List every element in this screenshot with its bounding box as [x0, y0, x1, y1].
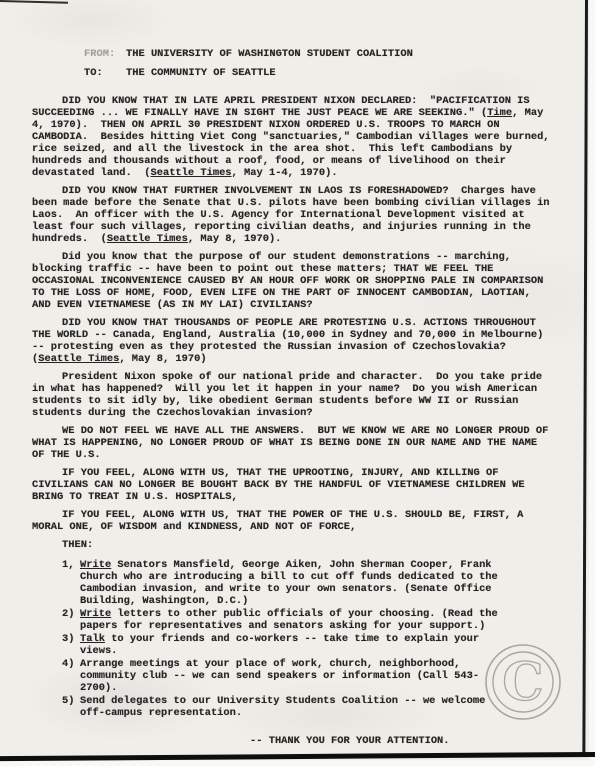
- underlined-text: Seattle Times: [38, 353, 119, 365]
- text-segment: , May 8, 1970): [119, 353, 206, 365]
- list-item-marker: 5): [62, 695, 80, 719]
- list-item-text: Arrange meetings at your place of work, …: [80, 658, 508, 694]
- underlined-text: Seattle Times: [150, 167, 231, 179]
- to-line: TO: THE COMMUNITY OF SEATTLE: [84, 64, 554, 83]
- text-segment: , May 1-4, 1970).: [232, 167, 338, 179]
- list-item-text: Write letters to other public officials …: [80, 608, 508, 632]
- underlined-text: Time: [487, 107, 512, 119]
- document-header: FROM: THE UNIVERSITY OF WASHINGTON STUDE…: [84, 45, 554, 83]
- copyright-stamp-watermark: C: [483, 642, 563, 722]
- closing-line: -- THANK YOU FOR YOUR ATTENTION.: [250, 735, 554, 747]
- paragraph: DID YOU KNOW THAT FURTHER INVOLVEMENT IN…: [32, 185, 554, 245]
- text-segment: to your friends and co-workers -- take t…: [80, 633, 485, 657]
- underlined-text: Write: [80, 608, 111, 620]
- list-item-marker: 3): [62, 633, 80, 657]
- scan-margin-right: [589, 0, 595, 766]
- copyright-c-icon: C: [483, 642, 563, 722]
- underlined-text: Write: [80, 559, 111, 571]
- text-segment: Send delegates to our University Student…: [80, 695, 492, 719]
- underlined-text: Talk: [80, 633, 105, 645]
- list-item-marker: 4): [62, 658, 80, 694]
- list-item: 4)Arrange meetings at your place of work…: [62, 658, 522, 694]
- then-label: THEN:: [32, 539, 554, 551]
- action-list: 1,Write Senators Mansfield, George Aiken…: [62, 559, 522, 719]
- list-item: 5)Send delegates to our University Stude…: [62, 695, 522, 719]
- list-item-marker: 1,: [62, 559, 80, 607]
- document-content: FROM: THE UNIVERSITY OF WASHINGTON STUDE…: [32, 45, 554, 747]
- from-label: FROM:: [84, 45, 126, 64]
- paragraph: IF YOU FEEL, ALONG WITH US, THAT THE UPR…: [32, 467, 554, 503]
- to-label: TO:: [84, 64, 126, 83]
- scan-margin-bottom: [0, 760, 595, 766]
- paragraph: President Nixon spoke of our national pr…: [32, 371, 554, 419]
- paragraph: Did you know that the purpose of our stu…: [32, 251, 554, 311]
- scan-edge-right: [582, 0, 588, 754]
- paragraph: DID YOU KNOW THAT THOUSANDS OF PEOPLE AR…: [32, 317, 554, 365]
- from-value: THE UNIVERSITY OF WASHINGTON STUDENT COA…: [126, 45, 413, 64]
- text-segment: letters to other public officials of you…: [80, 608, 504, 632]
- list-item: 2)Write letters to other public official…: [62, 608, 522, 632]
- scan-edge-top-left: [0, 0, 68, 4]
- list-item-marker: 2): [62, 608, 80, 632]
- text-segment: Did you know that the purpose of our stu…: [32, 251, 550, 311]
- text-segment: President Nixon spoke of our national pr…: [32, 371, 548, 419]
- list-item-text: Send delegates to our University Student…: [80, 695, 508, 719]
- from-line: FROM: THE UNIVERSITY OF WASHINGTON STUDE…: [84, 45, 554, 64]
- scanned-flyer-page: FROM: THE UNIVERSITY OF WASHINGTON STUDE…: [0, 0, 595, 766]
- text-segment: IF YOU FEEL, ALONG WITH US, THAT THE POW…: [32, 509, 530, 533]
- list-item: 1,Write Senators Mansfield, George Aiken…: [62, 559, 522, 607]
- text-segment: DID YOU KNOW THAT IN LATE APRIL PRESIDEN…: [32, 95, 536, 119]
- body-paragraphs: DID YOU KNOW THAT IN LATE APRIL PRESIDEN…: [32, 95, 554, 533]
- text-segment: IF YOU FEEL, ALONG WITH US, THAT THE UPR…: [32, 467, 531, 503]
- paragraph: WE DO NOT FEEL WE HAVE ALL THE ANSWERS. …: [32, 425, 554, 461]
- list-item-text: Write Senators Mansfield, George Aiken, …: [80, 559, 508, 607]
- text-segment: Arrange meetings at your place of work, …: [80, 658, 479, 694]
- text-segment: WE DO NOT FEEL WE HAVE ALL THE ANSWERS. …: [32, 425, 555, 461]
- paragraph: IF YOU FEEL, ALONG WITH US, THAT THE POW…: [32, 509, 554, 533]
- text-segment: Senators Mansfield, George Aiken, John S…: [80, 559, 504, 607]
- list-item-text: Talk to your friends and co-workers -- t…: [80, 633, 508, 657]
- to-value: THE COMMUNITY OF SEATTLE: [126, 64, 276, 83]
- paragraph: DID YOU KNOW THAT IN LATE APRIL PRESIDEN…: [32, 95, 554, 179]
- underlined-text: Seattle Times: [107, 233, 188, 245]
- list-item: 3)Talk to your friends and co-workers --…: [62, 633, 522, 657]
- text-segment: , May 8, 1970).: [188, 233, 282, 245]
- svg-text:C: C: [502, 652, 543, 713]
